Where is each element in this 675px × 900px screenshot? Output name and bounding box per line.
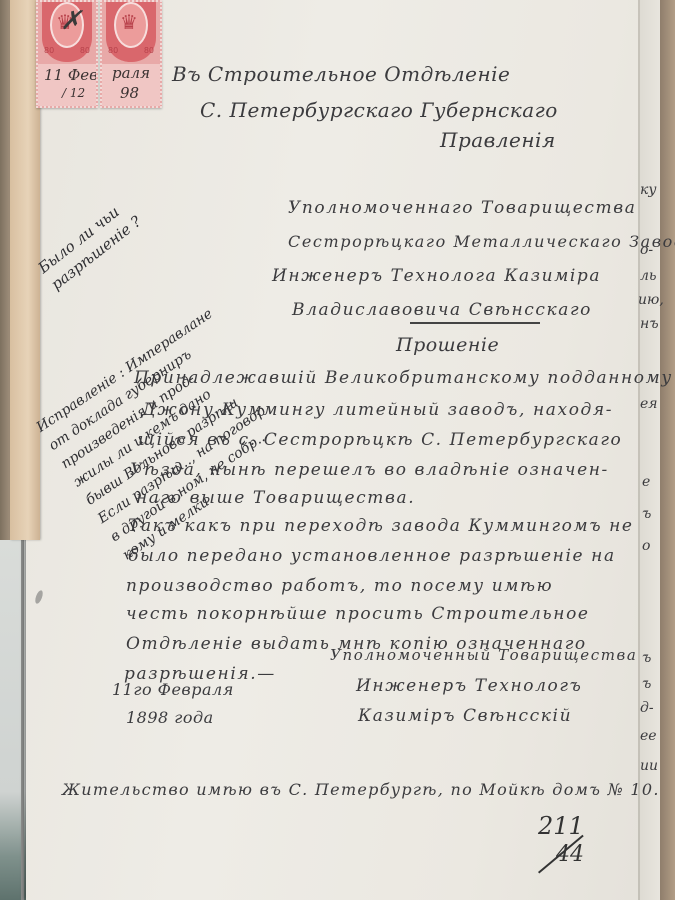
residence-address: Жительство имѣю въ С. Петербургѣ, по Мой… <box>62 780 660 799</box>
adjacent-page-fragment: о <box>642 538 650 554</box>
revenue-stamps: ♛ ✗ 80 80 11 Фев / 12 ♛ 80 80 раля 98 <box>36 0 162 108</box>
heading-flourish <box>410 322 540 324</box>
body-line: щійся въ с. Сестрорѣцкѣ С. Петербургскаг… <box>138 430 622 450</box>
adjacent-page-fragment: ию, <box>638 292 664 308</box>
body-line: Уѣзда, нынѣ перешелъ во владѣніе означен… <box>130 460 609 480</box>
adjacent-page-fragment: ее <box>640 728 657 744</box>
stamp-denomination: 80 <box>144 46 154 55</box>
adjacent-page-fragment: ъ <box>642 506 651 522</box>
stamp-cancellation-subtext: / 12 <box>62 86 85 100</box>
file-number-numerator: 211 <box>538 812 584 840</box>
petitioner-line-1: Уполномоченнаго Товарищества <box>288 198 636 218</box>
adjacent-page-fragment: нъ <box>640 316 659 332</box>
adjacent-page-fragment: о- <box>640 242 653 258</box>
stamp-denomination: 80 <box>44 46 54 55</box>
adjacent-page-fragment: ии <box>640 758 658 774</box>
right-page-edge <box>660 0 675 900</box>
adjacent-page-fragment: д- <box>640 700 654 716</box>
stamp-cancellation-text: раля <box>112 64 150 82</box>
stamp-denomination: 80 <box>108 46 118 55</box>
adjacent-page-fragment: ль <box>640 268 657 284</box>
addressee-line-2: С. Петербургскаго Губернскаго <box>200 98 558 122</box>
body-line: Принадлежавшій Великобританскому подданн… <box>134 368 673 388</box>
body-line: наго выше Товарищества. <box>136 488 415 508</box>
binder-board <box>0 540 26 900</box>
archive-file-number: 211 44 <box>538 812 584 867</box>
revenue-stamp-right: ♛ 80 80 раля 98 <box>100 0 162 108</box>
adjacent-page-fragment: ку <box>640 182 656 198</box>
revenue-stamp-left: ♛ ✗ 80 80 11 Фев / 12 <box>36 0 98 108</box>
adjacent-page-fragment: ея <box>640 396 658 412</box>
double-headed-eagle-icon: ♛ <box>120 10 138 34</box>
addressee-line-3: Правленія <box>440 128 556 152</box>
stamp-denomination: 80 <box>80 46 90 55</box>
body-line: Такъ какъ при переходѣ завода Куммингомъ… <box>128 516 634 536</box>
petitioner-line-2: Сестрорѣцкаго Металлическаго Завода <box>288 232 675 251</box>
petitioner-line-4: Владиславовича Свѣнсскаго <box>292 300 592 320</box>
date-line-2: 1898 года <box>126 708 214 727</box>
petitioner-line-3: Инженеръ Технолога Казиміра <box>272 266 601 286</box>
adjacent-page-fragment: ъ <box>642 650 651 666</box>
stamp-cancellation-subtext: 98 <box>120 84 139 102</box>
body-line: производство работъ, то посему имѣю <box>126 576 553 596</box>
stamp-cancellation-text: 11 Фев <box>44 66 98 84</box>
adjacent-page-fragment: е <box>642 474 650 490</box>
adjacent-page-fragment: ъ <box>642 676 651 692</box>
cancellation-x-mark: ✗ <box>60 6 82 36</box>
date-line-1: 11го Февраля <box>112 680 234 699</box>
body-line: честь покорнѣйше просить Строительное <box>126 604 590 624</box>
body-line: было передано установленное разрѣшеніе н… <box>128 546 616 566</box>
signature-line-1: Уполномоченный Товарищества <box>330 646 637 664</box>
signature-line-3: Казиміръ Свѣнсскій <box>358 706 572 726</box>
body-line: Джону Куммингу литейный заводъ, находя- <box>142 400 613 420</box>
addressee-line-1: Въ Строительное Отдѣленіе <box>172 62 510 86</box>
signature-line-2: Инженеръ Технологъ <box>356 676 582 696</box>
petition-heading: Прошеніе <box>396 334 499 356</box>
